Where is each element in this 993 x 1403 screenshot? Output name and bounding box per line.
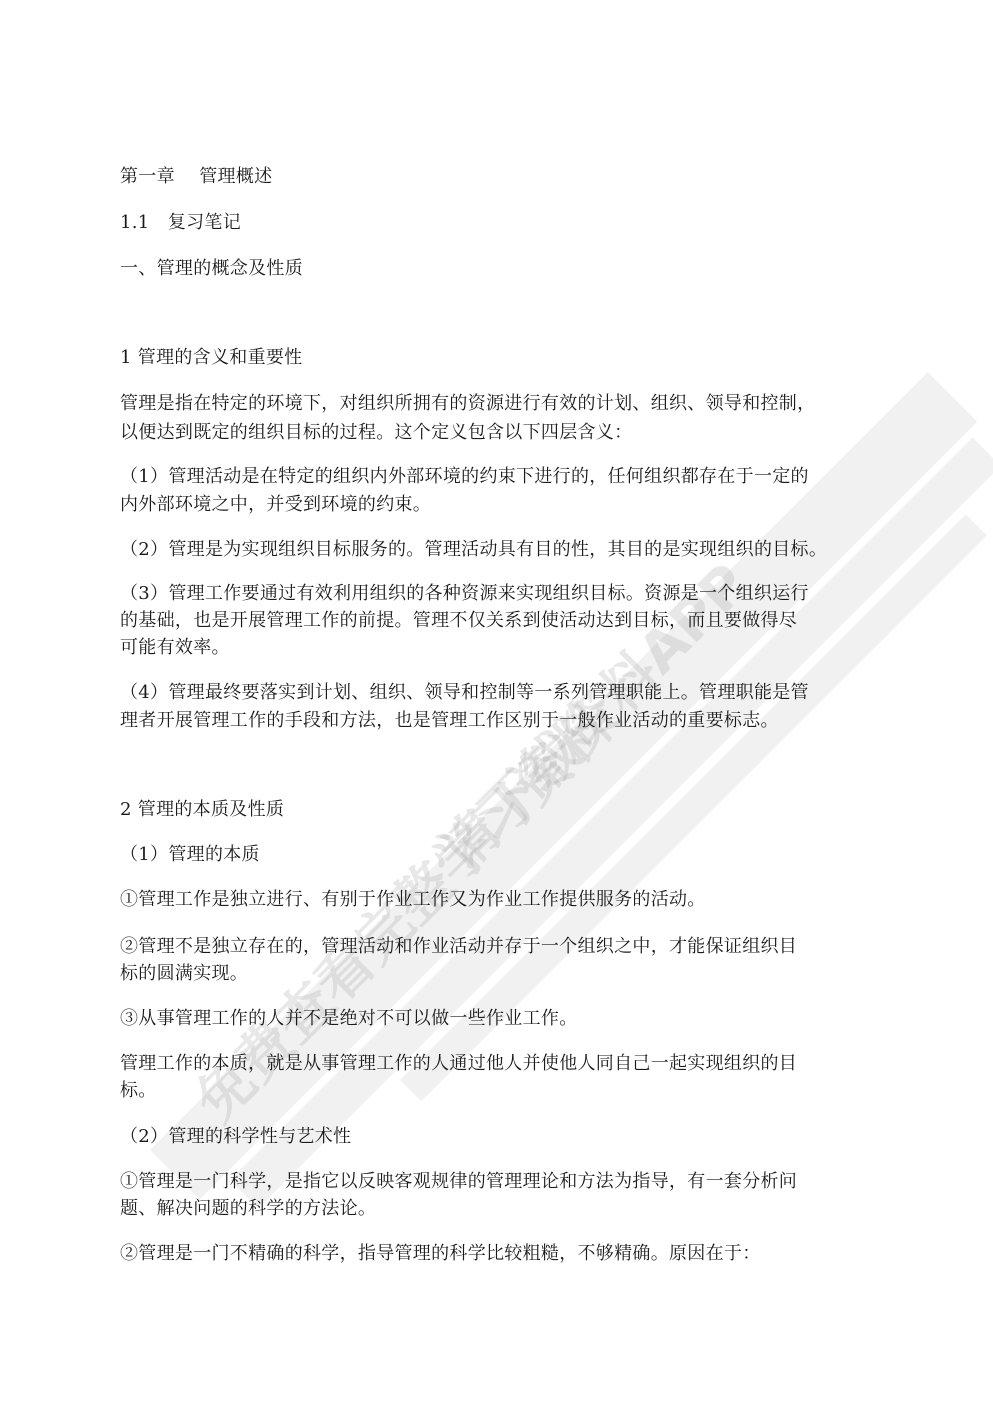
list-item-line: ①管理工作是独立进行、有别于作业工作又为作业工作提供服务的活动。	[120, 885, 706, 914]
list-item-line: 可能有效率。	[120, 633, 230, 662]
list-item-line: ②管理不是独立存在的，管理活动和作业活动并存于一个组织之中，才能保证组织目	[120, 932, 797, 961]
subsection-heading: 1 管理的含义和重要性	[120, 343, 302, 372]
list-item-line: 标的圆满实现。	[120, 959, 248, 988]
paragraph-line: 管理是指在特定的环境下，对组织所拥有的资源进行有效的计划、组织、领导和控制，	[120, 389, 815, 418]
list-item-line: ②管理是一门不精确的科学，指导管理的科学比较粗糙，不够精确。原因在于：	[120, 1239, 761, 1268]
paragraph-line: 以便达到既定的组织目标的过程。这个定义包含以下四层含义：	[120, 418, 632, 447]
section-title: 1.1 复习笔记	[120, 208, 241, 237]
paragraph-line: 标。	[120, 1076, 157, 1105]
document-page: 免费查看完整学习资料 请下载资料APP 第一章 管理概述 1.1 复习笔记 一、…	[0, 0, 993, 1403]
list-item-line: （2）管理是为实现组织目标服务的。管理活动具有目的性，其目的是实现组织的目标。	[120, 535, 827, 564]
list-item-line: （1）管理活动是在特定的组织内外部环境的约束下进行的，任何组织都存在于一定的	[120, 462, 809, 491]
part-heading: 一、管理的概念及性质	[120, 254, 303, 283]
paragraph-line: 管理工作的本质，就是从事管理工作的人通过他人并使他人同自己一起实现组织的目	[120, 1049, 797, 1078]
list-item-line: 内外部环境之中，并受到环境的约束。	[120, 490, 431, 519]
list-item-line: 理者开展管理工作的手段和方法，也是管理工作区别于一般作业活动的重要标志。	[120, 706, 779, 735]
list-item-line: 题、解决问题的科学的方法论。	[120, 1194, 376, 1223]
sub-subsection-heading: （1）管理的本质	[120, 840, 260, 869]
chapter-title: 第一章 管理概述	[120, 162, 272, 191]
list-item-line: 的基础，也是开展管理工作的前提。管理不仅关系到使活动达到目标，而且要做得尽	[120, 606, 797, 635]
sub-subsection-heading: （2）管理的科学性与艺术性	[120, 1122, 351, 1151]
subsection-heading: 2 管理的本质及性质	[120, 795, 284, 824]
list-item-line: （3）管理工作要通过有效利用组织的各种资源来实现组织目标。资源是一个组织运行	[120, 579, 809, 608]
list-item-line: ③从事管理工作的人并不是绝对不可以做一些作业工作。	[120, 1004, 578, 1033]
list-item-line: （4）管理最终要落实到计划、组织、领导和控制等一系列管理职能上。管理职能是管	[120, 678, 809, 707]
list-item-line: ①管理是一门科学，是指它以反映客观规律的管理理论和方法为指导，有一套分析问	[120, 1167, 797, 1196]
